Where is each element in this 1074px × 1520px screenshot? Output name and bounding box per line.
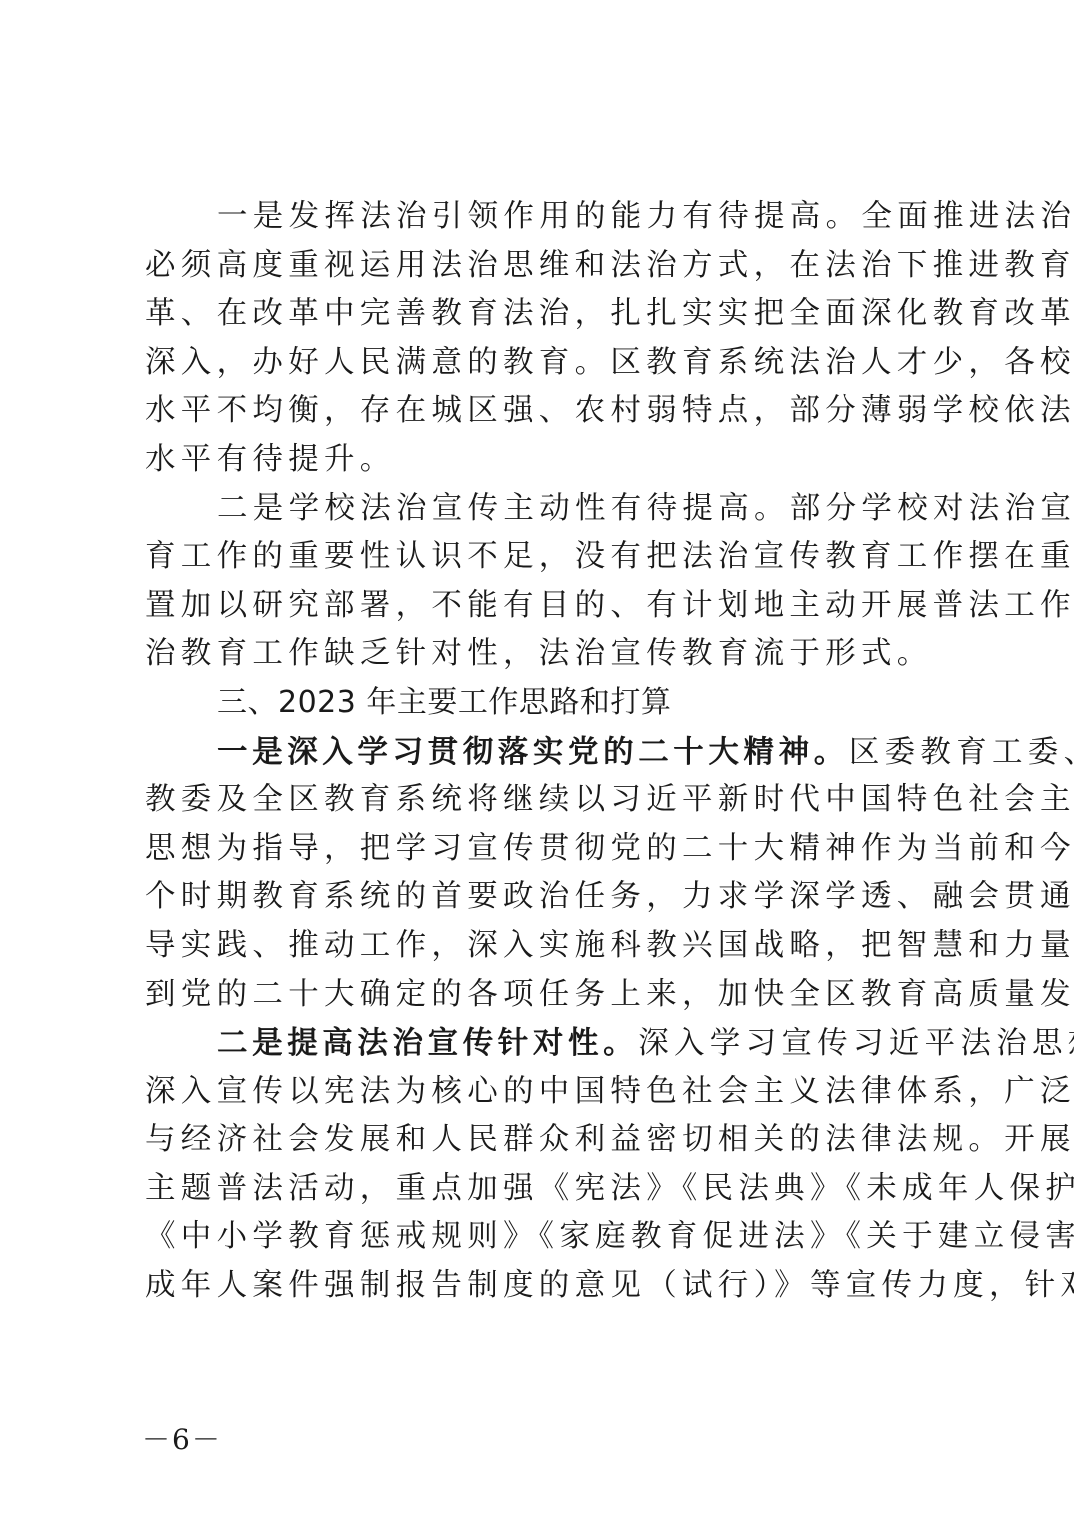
- paragraph-1-line-4: 深入，办好人民满意的教育。区教育系统法治人才少，各校发展: [145, 339, 945, 388]
- paragraph-2-line-1: 二是学校法治宣传主动性有待提高。部分学校对法治宣传教: [145, 485, 945, 534]
- paragraph-3-line-6: 到党的二十大确定的各项任务上来，加快全区教育高质量发展。: [145, 971, 945, 1020]
- paragraph-1-line-3: 革、在改革中完善教育法治，扎扎实实把全面深化教育改革推向: [145, 290, 945, 339]
- paragraph-3-line-3: 思想为指导，把学习宣传贯彻党的二十大精神作为当前和今后一: [145, 825, 945, 874]
- paragraph-1-line-2: 必须高度重视运用法治思维和法治方式，在法治下推进教育改: [145, 242, 945, 291]
- paragraph-4-lead: 二是提高法治宣传针对性。: [217, 1025, 638, 1061]
- paragraph-4-line-3: 与经济社会发展和人民群众利益密切相关的法律法规。开展系列: [145, 1116, 945, 1165]
- paragraph-3-line-1: 一是深入学习贯彻落实党的二十大精神。区委教育工委、区: [145, 728, 945, 777]
- paragraph-4-line-1: 二是提高法治宣传针对性。深入学习宣传习近平法治思想，: [145, 1019, 945, 1068]
- paragraph-2-line-4: 治教育工作缺乏针对性，法治宣传教育流于形式。: [145, 630, 945, 679]
- page-number: －6－: [142, 1420, 222, 1460]
- paragraph-1-line-5: 水平不均衡，存在城区强、农村弱特点，部分薄弱学校依法治校: [145, 387, 945, 436]
- document-body: 一是发挥法治引领作用的能力有待提高。全面推进法治建设 必须高度重视运用法治思维和…: [145, 193, 945, 1311]
- paragraph-4-line-6: 成年人案件强制报告制度的意见（试行）》等宣传力度，针对校: [145, 1262, 945, 1311]
- paragraph-2-line-3: 置加以研究部署，不能有目的、有计划地主动开展普法工作，法: [145, 582, 945, 631]
- paragraph-4-line-2: 深入宣传以宪法为核心的中国特色社会主义法律体系，广泛宣传: [145, 1068, 945, 1117]
- paragraph-4-line-1-rest: 深入学习宣传习近平法治思想，: [638, 1026, 1074, 1061]
- paragraph-3-line-2: 教委及全区教育系统将继续以习近平新时代中国特色社会主义: [145, 776, 945, 825]
- paragraph-4-line-5: 《中小学教育惩戒规则》《家庭教育促进法》《关于建立侵害未: [145, 1213, 945, 1262]
- paragraph-2-line-2: 育工作的重要性认识不足，没有把法治宣传教育工作摆在重要位: [145, 533, 945, 582]
- paragraph-4-line-4: 主题普法活动，重点加强《宪法》《民法典》《未成年人保护法》: [145, 1165, 945, 1214]
- paragraph-1-line-1: 一是发挥法治引领作用的能力有待提高。全面推进法治建设: [145, 193, 945, 242]
- paragraph-3-line-1-rest: 区委教育工委、区: [849, 735, 1074, 770]
- paragraph-3-lead: 一是深入学习贯彻落实党的二十大精神。: [217, 734, 849, 770]
- document-page: 一是发挥法治引领作用的能力有待提高。全面推进法治建设 必须高度重视运用法治思维和…: [0, 0, 1074, 1520]
- section-heading: 三、2023 年主要工作思路和打算: [145, 679, 945, 728]
- paragraph-3-line-4: 个时期教育系统的首要政治任务，力求学深学透、融会贯通、指: [145, 873, 945, 922]
- paragraph-3-line-5: 导实践、推动工作，深入实施科教兴国战略，把智慧和力量凝聚: [145, 922, 945, 971]
- paragraph-1-line-6: 水平有待提升。: [145, 436, 945, 485]
